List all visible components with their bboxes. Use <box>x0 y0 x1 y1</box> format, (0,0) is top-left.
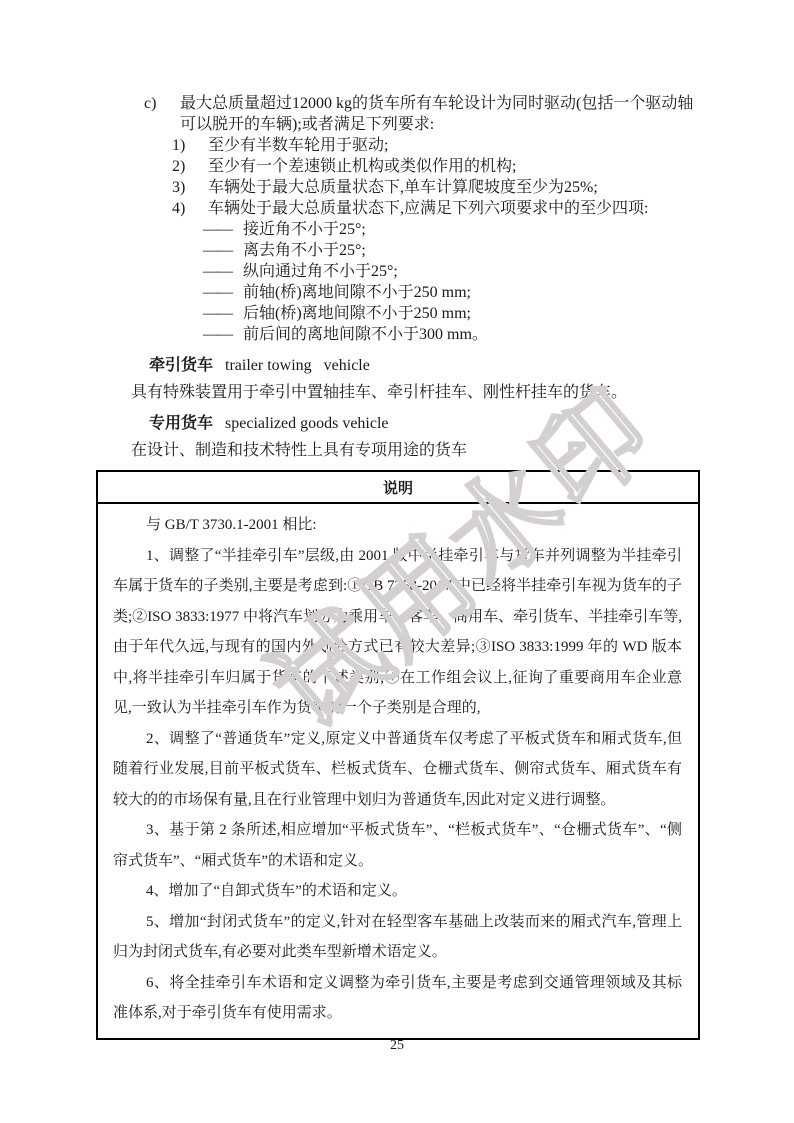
numbered-list-item: 2) 至少有一个差速锁止机构或类似作用的机构; <box>96 156 700 177</box>
dash-list-item: —— 接近角不小于25°; <box>96 219 700 240</box>
list-item-c-marker: c) <box>144 93 180 135</box>
dash-list-item: —— 后轴(桥)离地间隙不小于250 mm; <box>96 303 700 324</box>
dash-item-marker: —— <box>203 261 243 282</box>
dash-list-item: —— 离去角不小于25°; <box>96 240 700 261</box>
term-name-zh: 专用货车 <box>149 415 213 432</box>
dash-list-item: —— 前轴(桥)离地间隙不小于250 mm; <box>96 282 700 303</box>
numbered-item-text: 车辆处于最大总质量状态下,应满足下列六项要求中的至少四项: <box>208 198 700 219</box>
dash-item-marker: —— <box>203 219 243 240</box>
numbered-item-marker: 4) <box>172 198 208 219</box>
term-name-en: specialized goods vehicle <box>225 415 389 432</box>
term-heading: 专用货车specialized goods vehicle <box>149 413 700 434</box>
list-item-c: c) 最大总质量超过12000 kg的货车所有车轮设计为同时驱动(包括一个驱动轴… <box>96 93 700 135</box>
dash-item-marker: —— <box>203 240 243 261</box>
note-paragraph: 2、调整了“普通货车”定义,原定义中普通货车仅考虑了平板式货车和厢式货车,但随着… <box>113 724 682 816</box>
term-block-towing-truck: 牵引货车trailer towing vehicle 具有特殊装置用于牵引中置轴… <box>96 355 700 403</box>
term-definition: 在设计、制造和技术特性上具有专项用途的货车 <box>131 440 700 461</box>
numbered-item-text: 至少有一个差速锁止机构或类似作用的机构; <box>208 156 700 177</box>
note-box-title: 说明 <box>98 472 698 504</box>
note-box-body: 与 GB/T 3730.1-2001 相比: 1、调整了“半挂牵引车”层级,由 … <box>98 504 698 1038</box>
note-paragraph: 4、增加了“自卸式货车”的术语和定义。 <box>113 876 682 907</box>
numbered-list: 1) 至少有半数车轮用于驱动; 2) 至少有一个差速锁止机构或类似作用的机构; … <box>96 135 700 219</box>
note-paragraph: 3、基于第 2 条所述,相应增加“平板式货车”、“栏板式货车”、“仓栅式货车”、… <box>113 815 682 876</box>
dash-item-text: 接近角不小于25°; <box>243 219 700 240</box>
numbered-item-marker: 2) <box>172 156 208 177</box>
note-box: 说明 与 GB/T 3730.1-2001 相比: 1、调整了“半挂牵引车”层级… <box>96 470 700 1040</box>
note-intro: 与 GB/T 3730.1-2001 相比: <box>113 510 682 541</box>
dash-item-text: 纵向通过角不小于25°; <box>243 261 700 282</box>
note-paragraphs: 1、调整了“半挂牵引车”层级,由 2001 版中半挂牵引车与货车并列调整为半挂牵… <box>113 541 682 1029</box>
page-number: 25 <box>0 1038 794 1054</box>
numbered-item-marker: 3) <box>172 177 208 198</box>
dash-item-text: 前轴(桥)离地间隙不小于250 mm; <box>243 282 700 303</box>
note-paragraph: 1、调整了“半挂牵引车”层级,由 2001 版中半挂牵引车与货车并列调整为半挂牵… <box>113 541 682 724</box>
dash-item-text: 离去角不小于25°; <box>243 240 700 261</box>
list-item-c-text: 最大总质量超过12000 kg的货车所有车轮设计为同时驱动(包括一个驱动轴可以脱… <box>180 93 700 135</box>
document-page: c) 最大总质量超过12000 kg的货车所有车轮设计为同时驱动(包括一个驱动轴… <box>0 0 794 1123</box>
dash-item-marker: —— <box>203 282 243 303</box>
numbered-list-item: 4) 车辆处于最大总质量状态下,应满足下列六项要求中的至少四项: <box>96 198 700 219</box>
note-paragraph: 5、增加“封闭式货车”的定义,针对在轻型客车基础上改装而来的厢式汽车,管理上归为… <box>113 907 682 968</box>
page-content: c) 最大总质量超过12000 kg的货车所有车轮设计为同时驱动(包括一个驱动轴… <box>96 93 700 1040</box>
numbered-item-text: 至少有半数车轮用于驱动; <box>208 135 700 156</box>
term-name-zh: 牵引货车 <box>149 357 213 374</box>
dash-item-text: 前后间的离地间隙不小于300 mm。 <box>243 324 700 345</box>
dash-list: —— 接近角不小于25°; —— 离去角不小于25°; —— 纵向通过角不小于2… <box>96 219 700 345</box>
term-heading: 牵引货车trailer towing vehicle <box>149 355 700 376</box>
dash-list-item: —— 前后间的离地间隙不小于300 mm。 <box>96 324 700 345</box>
term-block-specialized-truck: 专用货车specialized goods vehicle 在设计、制造和技术特… <box>96 413 700 461</box>
dash-item-text: 后轴(桥)离地间隙不小于250 mm; <box>243 303 700 324</box>
dash-list-item: —— 纵向通过角不小于25°; <box>96 261 700 282</box>
term-definition: 具有特殊装置用于牵引中置轴挂车、牵引杆挂车、刚性杆挂车的货车。 <box>131 382 700 403</box>
dash-item-marker: —— <box>203 303 243 324</box>
numbered-list-item: 1) 至少有半数车轮用于驱动; <box>96 135 700 156</box>
requirements-section: c) 最大总质量超过12000 kg的货车所有车轮设计为同时驱动(包括一个驱动轴… <box>96 93 700 461</box>
numbered-item-marker: 1) <box>172 135 208 156</box>
numbered-list-item: 3) 车辆处于最大总质量状态下,单车计算爬坡度至少为25%; <box>96 177 700 198</box>
note-paragraph: 6、将全挂牵引车术语和定义调整为牵引货车,主要是考虑到交通管理领域及其标准体系,… <box>113 968 682 1029</box>
term-name-en: trailer towing vehicle <box>225 357 370 374</box>
numbered-item-text: 车辆处于最大总质量状态下,单车计算爬坡度至少为25%; <box>208 177 700 198</box>
dash-item-marker: —— <box>203 324 243 345</box>
